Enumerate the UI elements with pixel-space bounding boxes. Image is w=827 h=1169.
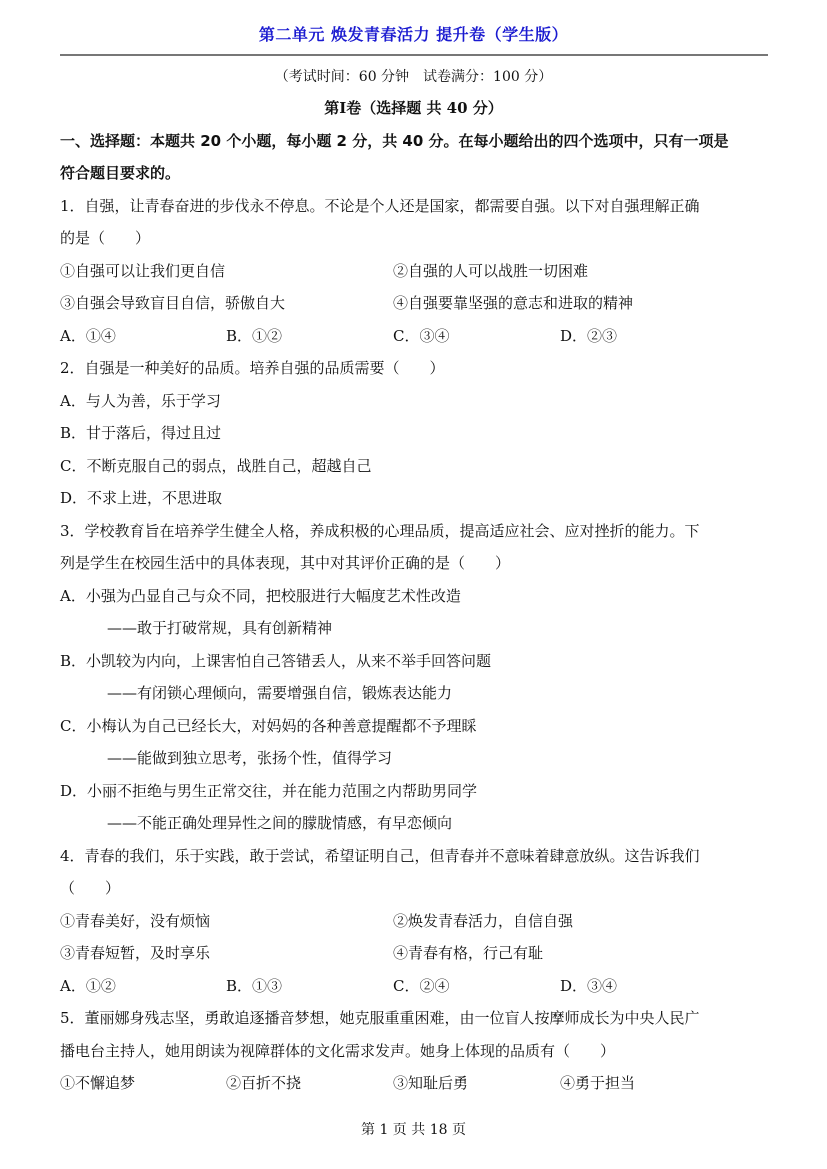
question-stem: （ ） [60, 878, 120, 898]
option-d: D．小丽不拒绝与男生正常交往，并在能力范围之内帮助男同学 [60, 781, 477, 801]
option-c: C．③④ [393, 326, 449, 346]
option-d: D．③④ [560, 976, 617, 996]
option-c: C．小梅认为自己已经长大，对妈妈的各种善意提醒都不予理睬 [60, 716, 476, 736]
statement: ④自强要靠坚强的意志和进取的精神 [393, 293, 633, 313]
statement: ③知耻后勇 [393, 1073, 468, 1093]
statement: ①不懈追梦 [60, 1073, 135, 1093]
question-stem: 播电台主持人，她用朗读为视障群体的文化需求发声。她身上体现的品质有（ ） [60, 1041, 615, 1061]
statement: ②焕发青春活力，自信自强 [393, 911, 573, 931]
question-stem: 的是（ ） [60, 228, 150, 248]
instructions-line: 一、选择题：本题共 20 个小题，每小题 2 分，共 40 分。在每小题给出的四… [60, 131, 729, 151]
option-a: A．①② [60, 976, 116, 996]
option-comment: ——能做到独立思考，张扬个性，值得学习 [107, 748, 392, 768]
question-stem: 1．自强，让青春奋进的步伐永不停息。不论是个人还是国家，都需要自强。以下对自强理… [60, 196, 700, 216]
option-b: B．甘于落后，得过且过 [60, 423, 221, 443]
statement: ②百折不挠 [226, 1073, 301, 1093]
option-b: B．小凯较为内向，上课害怕自己答错丢人，从来不举手回答问题 [60, 651, 491, 671]
option-c: C．不断克服自己的弱点，战胜自己，超越自己 [60, 456, 371, 476]
document-title: 第二单元 焕发青春活力 提升卷（学生版） [0, 22, 827, 45]
statement: ②自强的人可以战胜一切困难 [393, 261, 588, 281]
option-d: D．不求上进，不思进取 [60, 488, 222, 508]
option-b: B．①③ [226, 976, 282, 996]
option-c: C．②④ [393, 976, 449, 996]
exam-info: （考试时间：60 分钟 试卷满分：100 分） [0, 66, 827, 86]
option-comment: ——有闭锁心理倾向，需要增强自信，锻炼表达能力 [107, 683, 452, 703]
statement: ①自强可以让我们更自信 [60, 261, 225, 281]
statement: ③自强会导致盲目自信，骄傲自大 [60, 293, 285, 313]
instructions-line: 符合题目要求的。 [60, 163, 180, 183]
question-stem: 列是学生在校园生活中的具体表现，其中对其评价正确的是（ ） [60, 553, 510, 573]
statement: ③青春短暂，及时享乐 [60, 943, 210, 963]
title-divider [60, 54, 768, 56]
option-a: A．小强为凸显自己与众不同，把校服进行大幅度艺术性改造 [60, 586, 461, 606]
section-title: 第Ⅰ卷（选择题 共 40 分） [0, 97, 827, 118]
statement: ①青春美好，没有烦恼 [60, 911, 210, 931]
question-stem: 3．学校教育旨在培养学生健全人格，养成积极的心理品质，提高适应社会、应对挫折的能… [60, 521, 700, 541]
option-d: D．②③ [560, 326, 617, 346]
option-comment: ——不能正确处理异性之间的朦胧情感，有早恋倾向 [107, 813, 452, 833]
statement: ④勇于担当 [560, 1073, 635, 1093]
question-stem: 5．董丽娜身残志坚，勇敢追逐播音梦想，她克服重重困难，由一位盲人按摩师成长为中央… [60, 1008, 700, 1028]
question-stem: 4．青春的我们，乐于实践，敢于尝试，希望证明自己，但青春并不意味着肆意放纵。这告… [60, 846, 700, 866]
option-b: B．①② [226, 326, 282, 346]
option-a: A．①④ [60, 326, 116, 346]
page-number: 第 1 页 共 18 页 [0, 1119, 827, 1139]
option-comment: ——敢于打破常规，具有创新精神 [107, 618, 332, 638]
option-a: A．与人为善，乐于学习 [60, 391, 221, 411]
question-stem: 2．自强是一种美好的品质。培养自强的品质需要（ ） [60, 358, 445, 378]
statement: ④青春有格，行己有耻 [393, 943, 543, 963]
